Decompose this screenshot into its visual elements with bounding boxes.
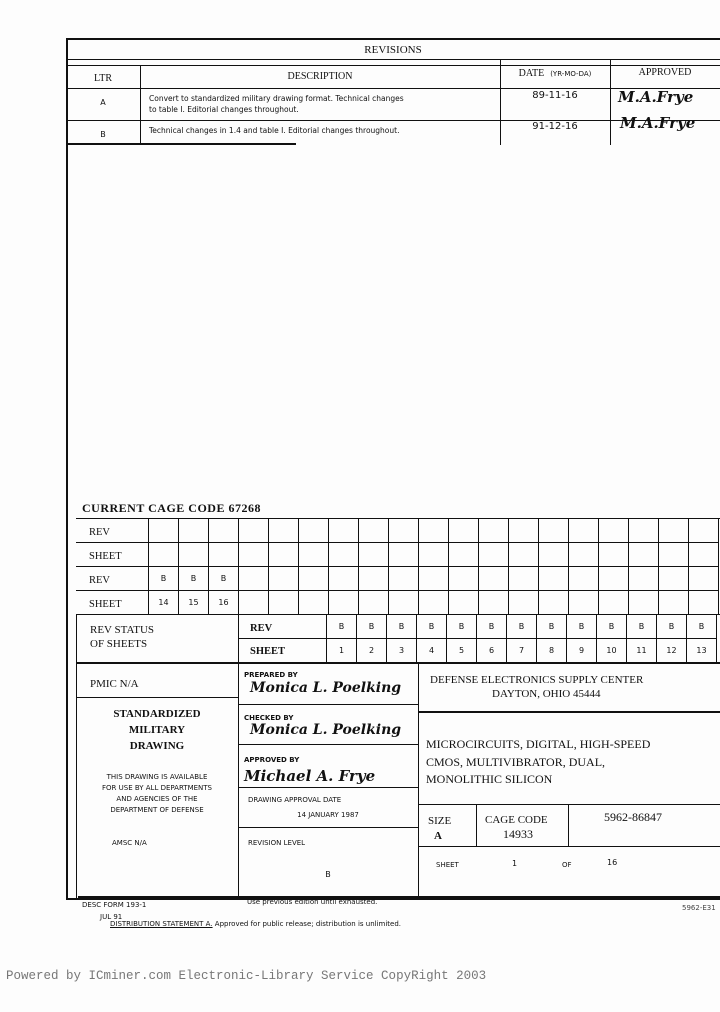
grid-cell (298, 566, 329, 591)
smd-title-3: DRAWING (76, 740, 238, 752)
grid-cell (208, 542, 239, 567)
rev-status-rev-label: REV (250, 623, 272, 634)
grid-row-label: SHEET (89, 551, 122, 562)
grid-cell (538, 542, 569, 567)
grid-cell (388, 518, 419, 543)
grid-cell (238, 542, 269, 567)
grid-cell (238, 566, 269, 591)
watermark: Powered by ICminer.com Electronic-Librar… (6, 969, 486, 983)
grid-cell (688, 590, 719, 615)
revisions-title: REVISIONS (66, 44, 720, 56)
col-header-ltr: LTR (66, 73, 140, 84)
cage-code-value: 14933 (503, 827, 533, 842)
distribution-label: DISTRIBUTION STATEMENT A. (110, 920, 213, 928)
rev-status-rev-cell: B (356, 614, 387, 639)
rev-date-a: 89-11-16 (500, 90, 610, 101)
smd-avail-4: DEPARTMENT OF DEFENSE (76, 806, 238, 814)
document-number: 5962-86847 (604, 810, 662, 825)
pmic-label: PMIC N/A (90, 678, 139, 690)
grid-cell (358, 542, 389, 567)
grid-cell (298, 590, 329, 615)
grid-cell (508, 566, 539, 591)
divider (66, 65, 720, 66)
grid-cell (688, 542, 719, 567)
rev-status-sheet-cell: 7 (506, 638, 537, 663)
grid-cell (268, 590, 299, 615)
divider (418, 711, 720, 713)
divider (568, 804, 569, 846)
prepared-by-label: PREPARED BY (244, 671, 298, 679)
checked-by-label: CHECKED BY (244, 714, 293, 722)
grid-cell: 14 (148, 590, 179, 615)
date-label: DATE (519, 68, 545, 79)
grid-row-label: SHEET (89, 599, 122, 610)
rev-status-rev-cell: B (566, 614, 597, 639)
divider (238, 744, 418, 745)
grid-cell (418, 590, 449, 615)
distribution-text: Approved for public release; distributio… (213, 920, 401, 928)
divider (78, 896, 720, 898)
divider (238, 787, 418, 788)
grid-cell: B (148, 566, 179, 591)
grid-cell (538, 518, 569, 543)
rev-ltr-a: A (66, 98, 140, 107)
grid-cell (328, 542, 359, 567)
revision-level-label: REVISION LEVEL (248, 839, 305, 847)
approved-by-signature: Michael A. Frye (244, 767, 375, 785)
rev-status-rev-cell: B (476, 614, 507, 639)
total-sheets: 16 (607, 858, 617, 867)
edition-note: Use previous edition until exhausted. (247, 898, 377, 906)
grid-cell (268, 518, 299, 543)
col-header-date: DATE (YR-MO-DA) (500, 68, 610, 80)
grid-cell (538, 566, 569, 591)
grid-cell (298, 518, 329, 543)
grid-cell (508, 542, 539, 567)
size-label: SIZE (428, 815, 451, 827)
cage-code-label: CAGE CODE (485, 814, 548, 826)
rev-desc-b-1: Technical changes in 1.4 and table I. Ed… (149, 126, 399, 135)
grid-cell (178, 542, 209, 567)
rev-status-sheet-cell: 9 (566, 638, 597, 663)
rev-desc-a-2: to table I. Editorial changes throughout… (149, 105, 299, 114)
rev-status-sheet-cell: 2 (356, 638, 387, 663)
grid-cell (358, 590, 389, 615)
rev-status-rev-cell: B (626, 614, 657, 639)
form-number: DESC FORM 193-1 (82, 901, 146, 909)
of-label: OF (562, 861, 572, 869)
grid-cell (478, 542, 509, 567)
divider (76, 662, 720, 664)
grid-cell (508, 590, 539, 615)
rev-status-rev-cell: B (386, 614, 417, 639)
divider (418, 846, 720, 847)
rev-status-rev-cell: B (536, 614, 567, 639)
distribution-statement: DISTRIBUTION STATEMENT A. Approved for p… (110, 920, 401, 928)
size-value: A (434, 830, 442, 842)
grid-cell: 16 (208, 590, 239, 615)
grid-cell: 15 (178, 590, 209, 615)
divider (76, 518, 720, 519)
rev-status-rev-cell: B (656, 614, 687, 639)
grid-cell (268, 542, 299, 567)
sheet-number: 1 (512, 859, 517, 868)
rev-status-rev-cell: B (416, 614, 447, 639)
grid-cell (628, 566, 659, 591)
title-line-3: MONOLITHIC SILICON (426, 772, 552, 787)
grid-cell (628, 518, 659, 543)
grid-cell (148, 518, 179, 543)
grid-cell (598, 590, 629, 615)
grid-cell (508, 518, 539, 543)
grid-cell (418, 542, 449, 567)
grid-cell (598, 542, 629, 567)
grid-cell (658, 566, 689, 591)
grid-cell (358, 566, 389, 591)
grid-cell (358, 518, 389, 543)
grid-cell (388, 566, 419, 591)
rev-approved-a-signature: M.A.Frye (618, 88, 693, 106)
grid-cell (568, 566, 599, 591)
grid-cell (238, 590, 269, 615)
desc-name: DEFENSE ELECTRONICS SUPPLY CENTER (430, 674, 643, 686)
col-header-description: DESCRIPTION (140, 71, 500, 82)
rev-desc-a-1: Convert to standardized military drawing… (149, 94, 404, 103)
grid-cell (448, 590, 479, 615)
divider (238, 614, 239, 898)
grid-cell (388, 590, 419, 615)
grid-cell (448, 566, 479, 591)
approved-by-label: APPROVED BY (244, 756, 299, 764)
current-cage-code-value: 67268 (228, 501, 261, 515)
rev-status-sheet-cell: 3 (386, 638, 417, 663)
smd-avail-2: FOR USE BY ALL DEPARTMENTS (76, 784, 238, 792)
grid-cell (658, 542, 689, 567)
rev-status-rev-cell: B (686, 614, 717, 639)
title-line-1: MICROCIRCUITS, DIGITAL, HIGH-SPEED (426, 737, 650, 752)
grid-row-label: REV (89, 575, 110, 586)
smd-avail-3: AND AGENCIES OF THE (76, 795, 238, 803)
grid-cell (688, 566, 719, 591)
grid-cell (658, 590, 689, 615)
grid-cell (478, 566, 509, 591)
grid-cell (478, 518, 509, 543)
current-cage-code-label: CURRENT CAGE CODE (82, 501, 225, 515)
grid-cell (388, 542, 419, 567)
divider (238, 827, 418, 828)
drawing-approval-date-label: DRAWING APPROVAL DATE (248, 796, 341, 804)
grid-cell (328, 566, 359, 591)
grid-cell (598, 518, 629, 543)
grid-row-label: REV (89, 527, 110, 538)
divider (66, 143, 296, 145)
grid-cell (268, 566, 299, 591)
rev-status-label-2: OF SHEETS (90, 638, 147, 650)
smd-avail-1: THIS DRAWING IS AVAILABLE (76, 773, 238, 781)
col-header-approved: APPROVED (610, 67, 720, 78)
rev-status-rev-cell: B (446, 614, 477, 639)
grid-cell (478, 590, 509, 615)
form-code: 5962-E31 (682, 904, 716, 912)
grid-cell (148, 542, 179, 567)
grid-cell (418, 518, 449, 543)
grid-cell (658, 518, 689, 543)
rev-status-rev-cell: B (506, 614, 537, 639)
rev-status-sheet-cell: 12 (656, 638, 687, 663)
grid-cell (328, 518, 359, 543)
grid-cell (328, 590, 359, 615)
rev-status-sheet-cell: 10 (596, 638, 627, 663)
title-line-2: CMOS, MULTIVIBRATOR, DUAL, (426, 755, 605, 770)
grid-cell (628, 542, 659, 567)
divider (76, 566, 148, 567)
grid-cell (538, 590, 569, 615)
current-cage-code: CURRENT CAGE CODE 67268 (82, 501, 261, 516)
grid-cell (418, 566, 449, 591)
divider (76, 697, 238, 698)
date-format: (YR-MO-DA) (550, 70, 591, 78)
grid-cell (568, 542, 599, 567)
grid-cell (448, 518, 479, 543)
grid-cell (568, 590, 599, 615)
rev-status-sheet-cell: 5 (446, 638, 477, 663)
grid-cell (178, 518, 209, 543)
rev-status-sheet-cell: 13 (686, 638, 717, 663)
rev-approved-b-signature: M.A.Frye (620, 114, 695, 132)
grid-cell (448, 542, 479, 567)
rev-date-b: 91-12-16 (500, 121, 610, 132)
amsc-label: AMSC N/A (112, 839, 147, 847)
rev-status-sheet-cell: 6 (476, 638, 507, 663)
smd-title-2: MILITARY (76, 724, 238, 736)
rev-status-rev-cell: B (326, 614, 357, 639)
smd-title-1: STANDARDIZED (76, 708, 238, 720)
grid-cell (598, 566, 629, 591)
rev-status-sheet-cell: 11 (626, 638, 657, 663)
grid-cell (208, 518, 239, 543)
rev-status-sheet-cell: 4 (416, 638, 447, 663)
rev-status-rev-cell: B (596, 614, 627, 639)
rev-ltr-b: B (66, 130, 140, 139)
grid-cell (628, 590, 659, 615)
grid-cell (298, 542, 329, 567)
grid-cell (688, 518, 719, 543)
prepared-by-signature: Monica L. Poelking (250, 680, 401, 696)
drawing-frame (66, 38, 720, 900)
checked-by-signature: Monica L. Poelking (250, 722, 401, 738)
sheet-label: SHEET (436, 861, 459, 869)
divider (476, 804, 477, 846)
grid-cell: B (208, 566, 239, 591)
divider (76, 614, 720, 615)
grid-cell (568, 518, 599, 543)
divider (76, 590, 148, 591)
divider (76, 542, 148, 543)
rev-status-sheet-cell: 8 (536, 638, 567, 663)
divider (238, 638, 326, 639)
rev-status-label-1: REV STATUS (90, 624, 154, 636)
divider (418, 804, 720, 805)
rev-status-sheet-label: SHEET (250, 646, 285, 657)
divider (418, 662, 419, 898)
grid-cell: B (178, 566, 209, 591)
desc-address: DAYTON, OHIO 45444 (492, 688, 600, 700)
divider (66, 59, 720, 60)
drawing-approval-date: 14 JANUARY 1987 (238, 811, 418, 819)
divider (238, 704, 418, 705)
grid-cell (238, 518, 269, 543)
divider (76, 614, 77, 898)
rev-status-sheet-cell: 1 (326, 638, 357, 663)
revision-level-value: B (238, 870, 418, 879)
